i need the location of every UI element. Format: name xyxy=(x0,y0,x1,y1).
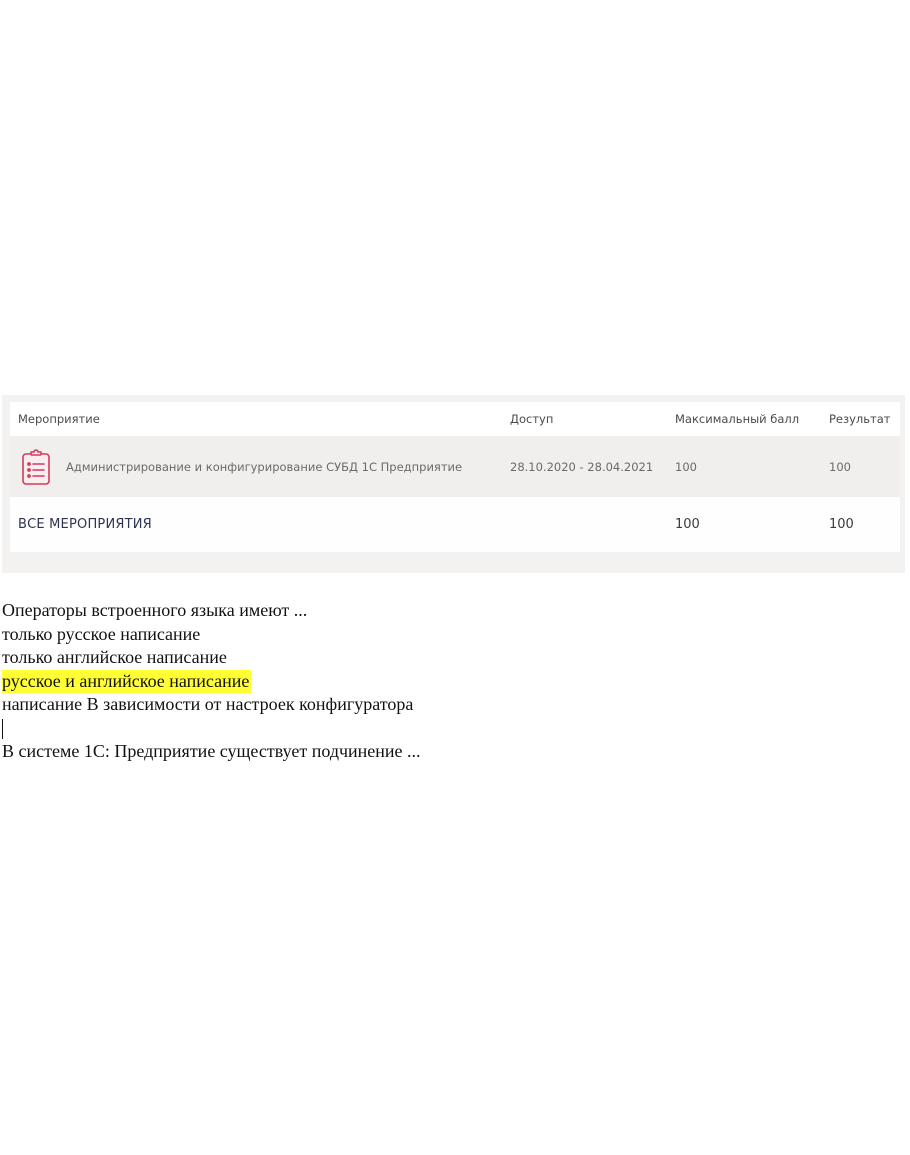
clipboard-list-icon xyxy=(20,448,52,486)
header-access: Доступ xyxy=(510,402,553,436)
header-result: Результат xyxy=(829,402,891,436)
event-access-dates: 28.10.2020 - 28.04.2021 xyxy=(510,436,653,497)
total-label: ВСЕ МЕРОПРИЯТИЯ xyxy=(18,497,152,552)
event-max-score: 100 xyxy=(675,436,697,497)
total-max-score: 100 xyxy=(675,497,700,552)
option-4: написание В зависимости от настроек конф… xyxy=(2,693,421,717)
option-1: только русское написание xyxy=(2,623,421,647)
document-text[interactable]: Операторы встроенного языка имеют ... то… xyxy=(2,599,421,764)
text-caret xyxy=(2,719,3,739)
event-result: 100 xyxy=(829,436,851,497)
header-event: Мероприятие xyxy=(18,402,100,436)
event-title[interactable]: Администрирование и конфигурирование СУБ… xyxy=(66,436,462,497)
table-row[interactable]: Администрирование и конфигурирование СУБ… xyxy=(10,436,900,497)
results-table: Мероприятие Доступ Максимальный балл Рез… xyxy=(10,402,900,552)
option-2: только английское написание xyxy=(2,646,421,670)
total-result: 100 xyxy=(829,497,854,552)
totals-row: ВСЕ МЕРОПРИЯТИЯ 100 100 xyxy=(10,497,900,552)
table-header: Мероприятие Доступ Максимальный балл Рез… xyxy=(10,402,900,436)
header-max-score: Максимальный балл xyxy=(675,402,799,436)
question-1: Операторы встроенного языка имеют ... xyxy=(2,599,421,623)
results-panel: Мероприятие Доступ Максимальный балл Рез… xyxy=(2,395,905,573)
option-3-highlighted: русское и английское написание xyxy=(2,670,251,694)
question-2: В системе 1С: Предприятие существует под… xyxy=(2,740,421,764)
